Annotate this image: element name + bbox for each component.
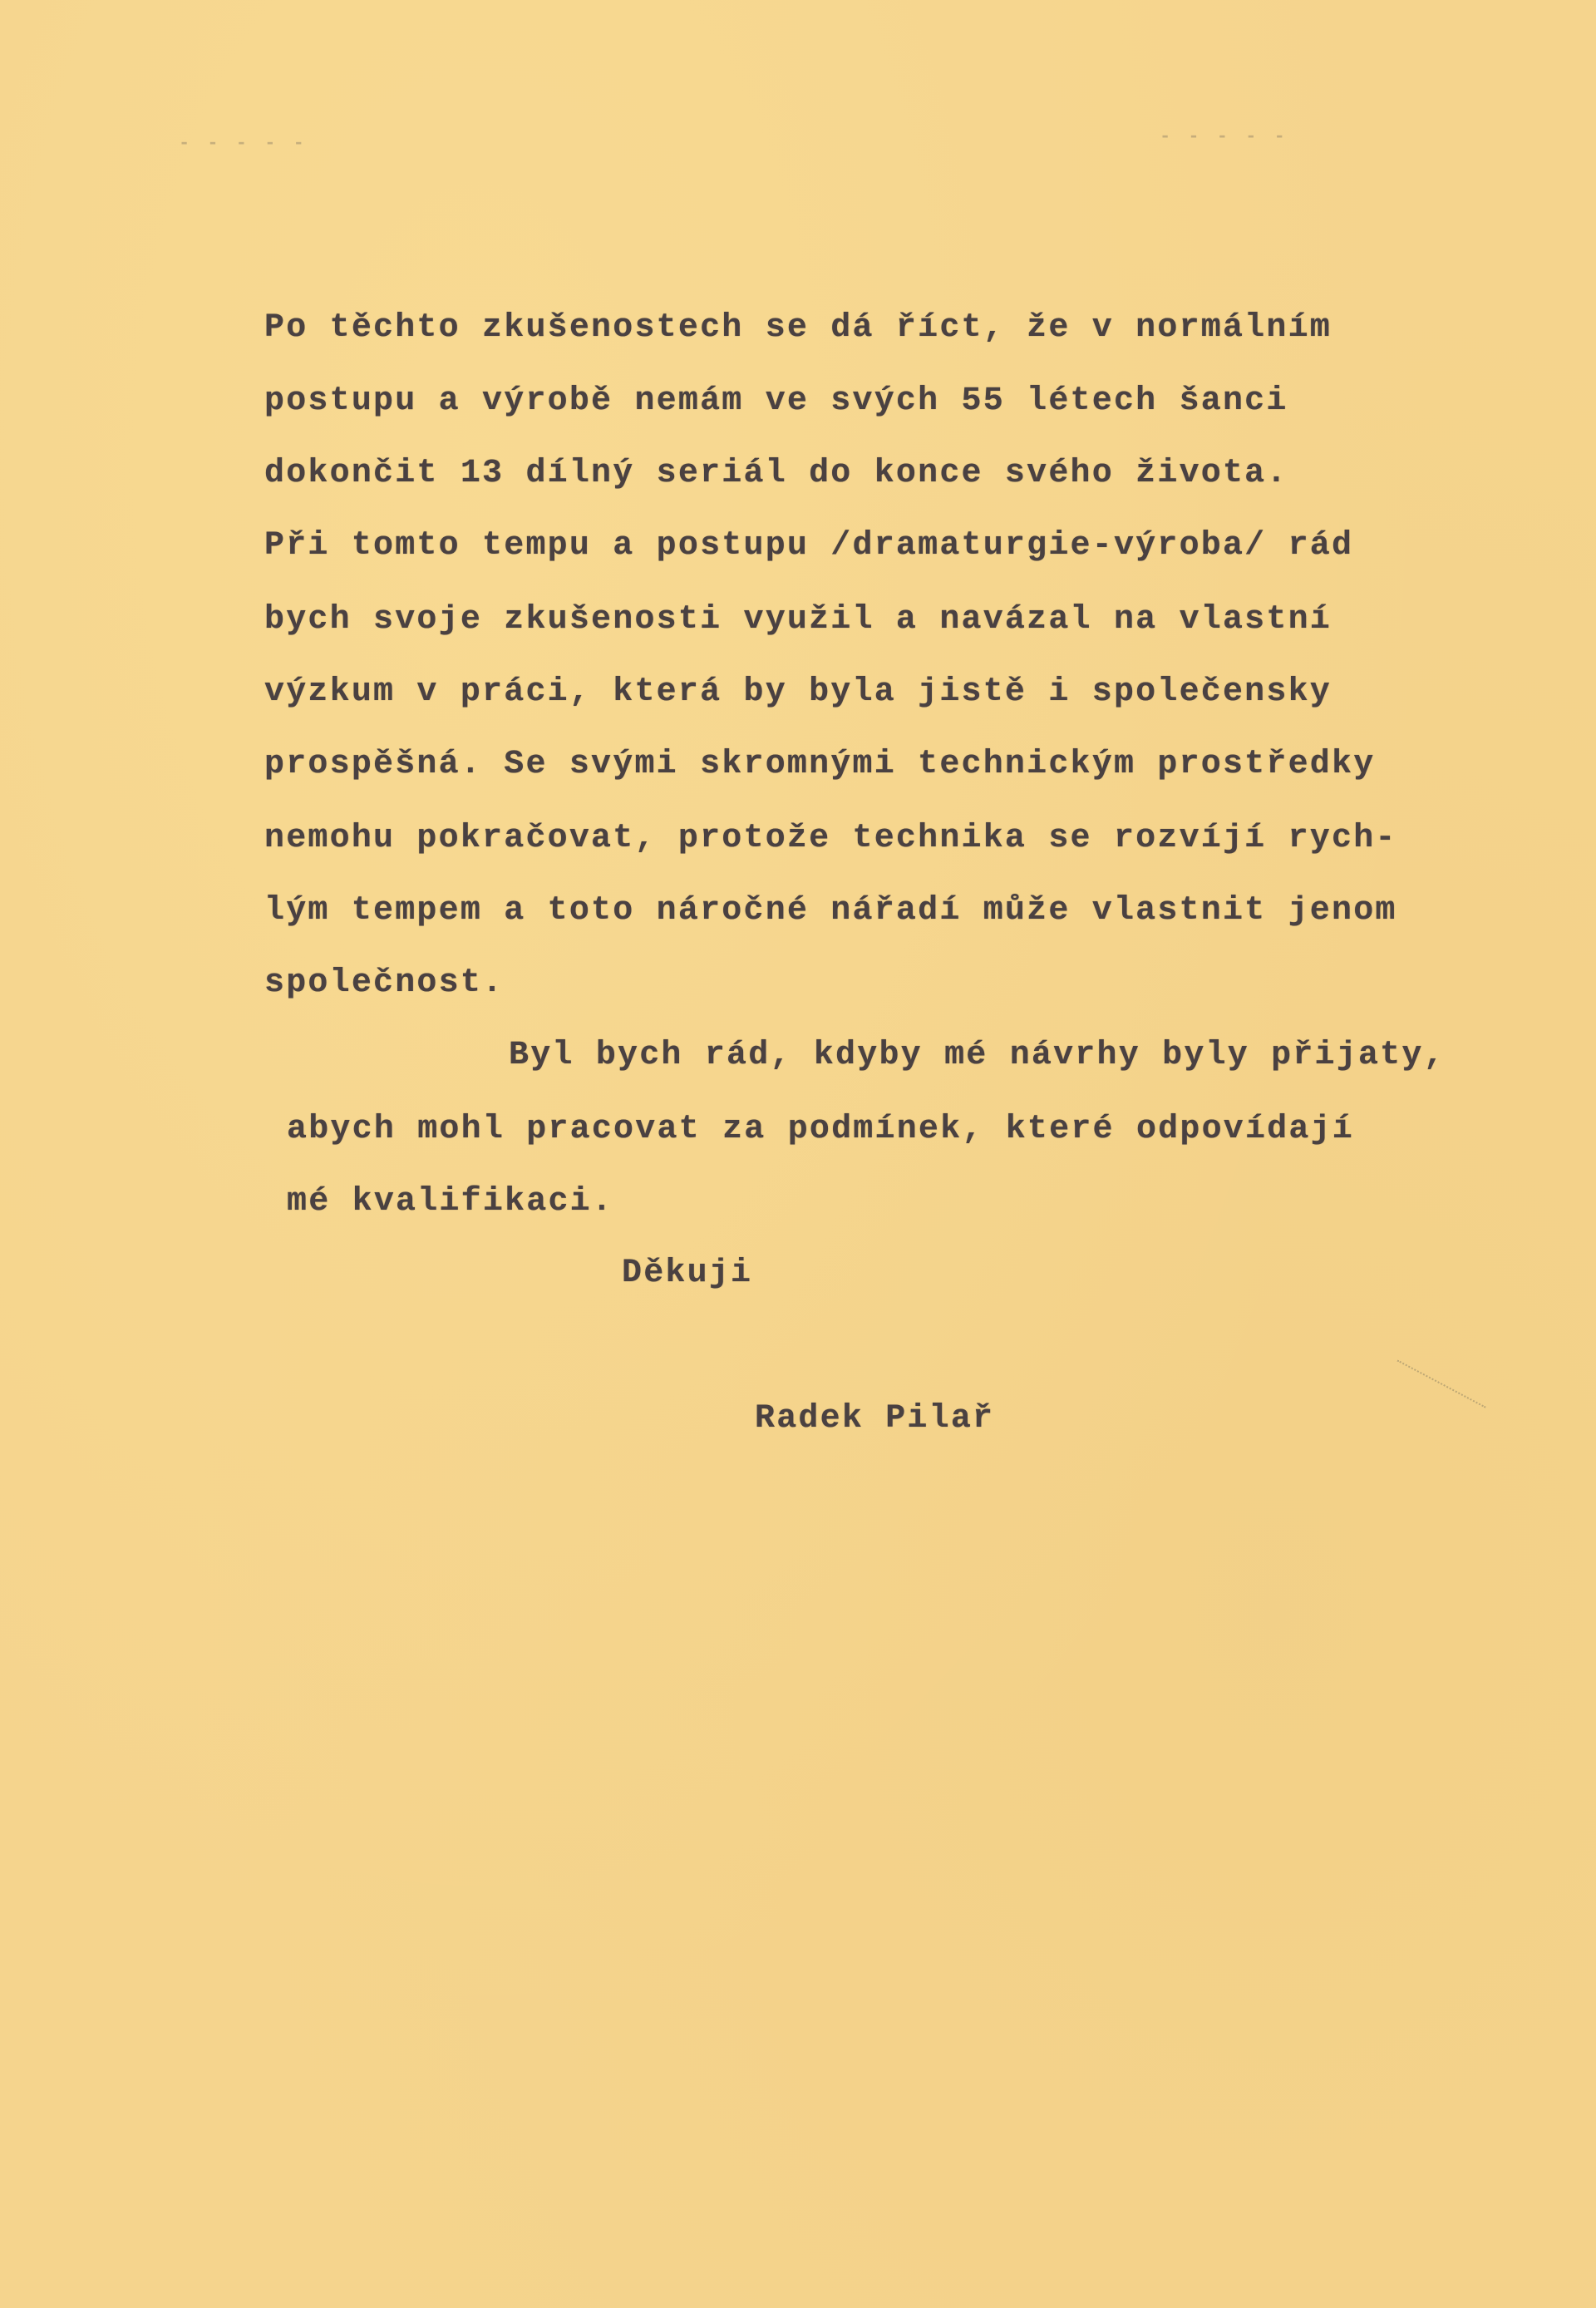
body-line: bych svoje zkušenosti využil a navázal n…: [264, 604, 1332, 637]
closing-line: Byl bych rád, kdyby mé návrhy byly přija…: [509, 1039, 1446, 1073]
body-line: nemohu pokračovat, protože technika se r…: [264, 822, 1397, 856]
body-line: lým tempem a toto náročné nářadí může vl…: [264, 895, 1397, 928]
body-line: Po těchto zkušenostech se dá říct, že v …: [264, 312, 1332, 345]
body-line: Při tomto tempu a postupu /dramaturgie-v…: [264, 530, 1353, 563]
thanks-line: Děkuji: [622, 1257, 752, 1290]
body-line: postupu a výrobě nemám ve svých 55 létec…: [264, 385, 1288, 418]
closing-line: mé kvalifikaci.: [287, 1186, 613, 1219]
body-line: společnost.: [264, 967, 504, 1000]
body-line: dokončit 13 dílný seriál do konce svého …: [264, 457, 1288, 491]
body-line: výzkum v práci, která by byla jistě i sp…: [264, 676, 1332, 709]
signature: Radek Pilař: [755, 1403, 994, 1436]
body-line: prospěšná. Se svými skromnými technickým…: [264, 748, 1375, 782]
faint-mark-left: - - - - -: [179, 133, 308, 154]
faint-mark-right: - - - - -: [1160, 126, 1288, 147]
closing-line: abych mohl pracovat za podmínek, které o…: [287, 1113, 1354, 1147]
